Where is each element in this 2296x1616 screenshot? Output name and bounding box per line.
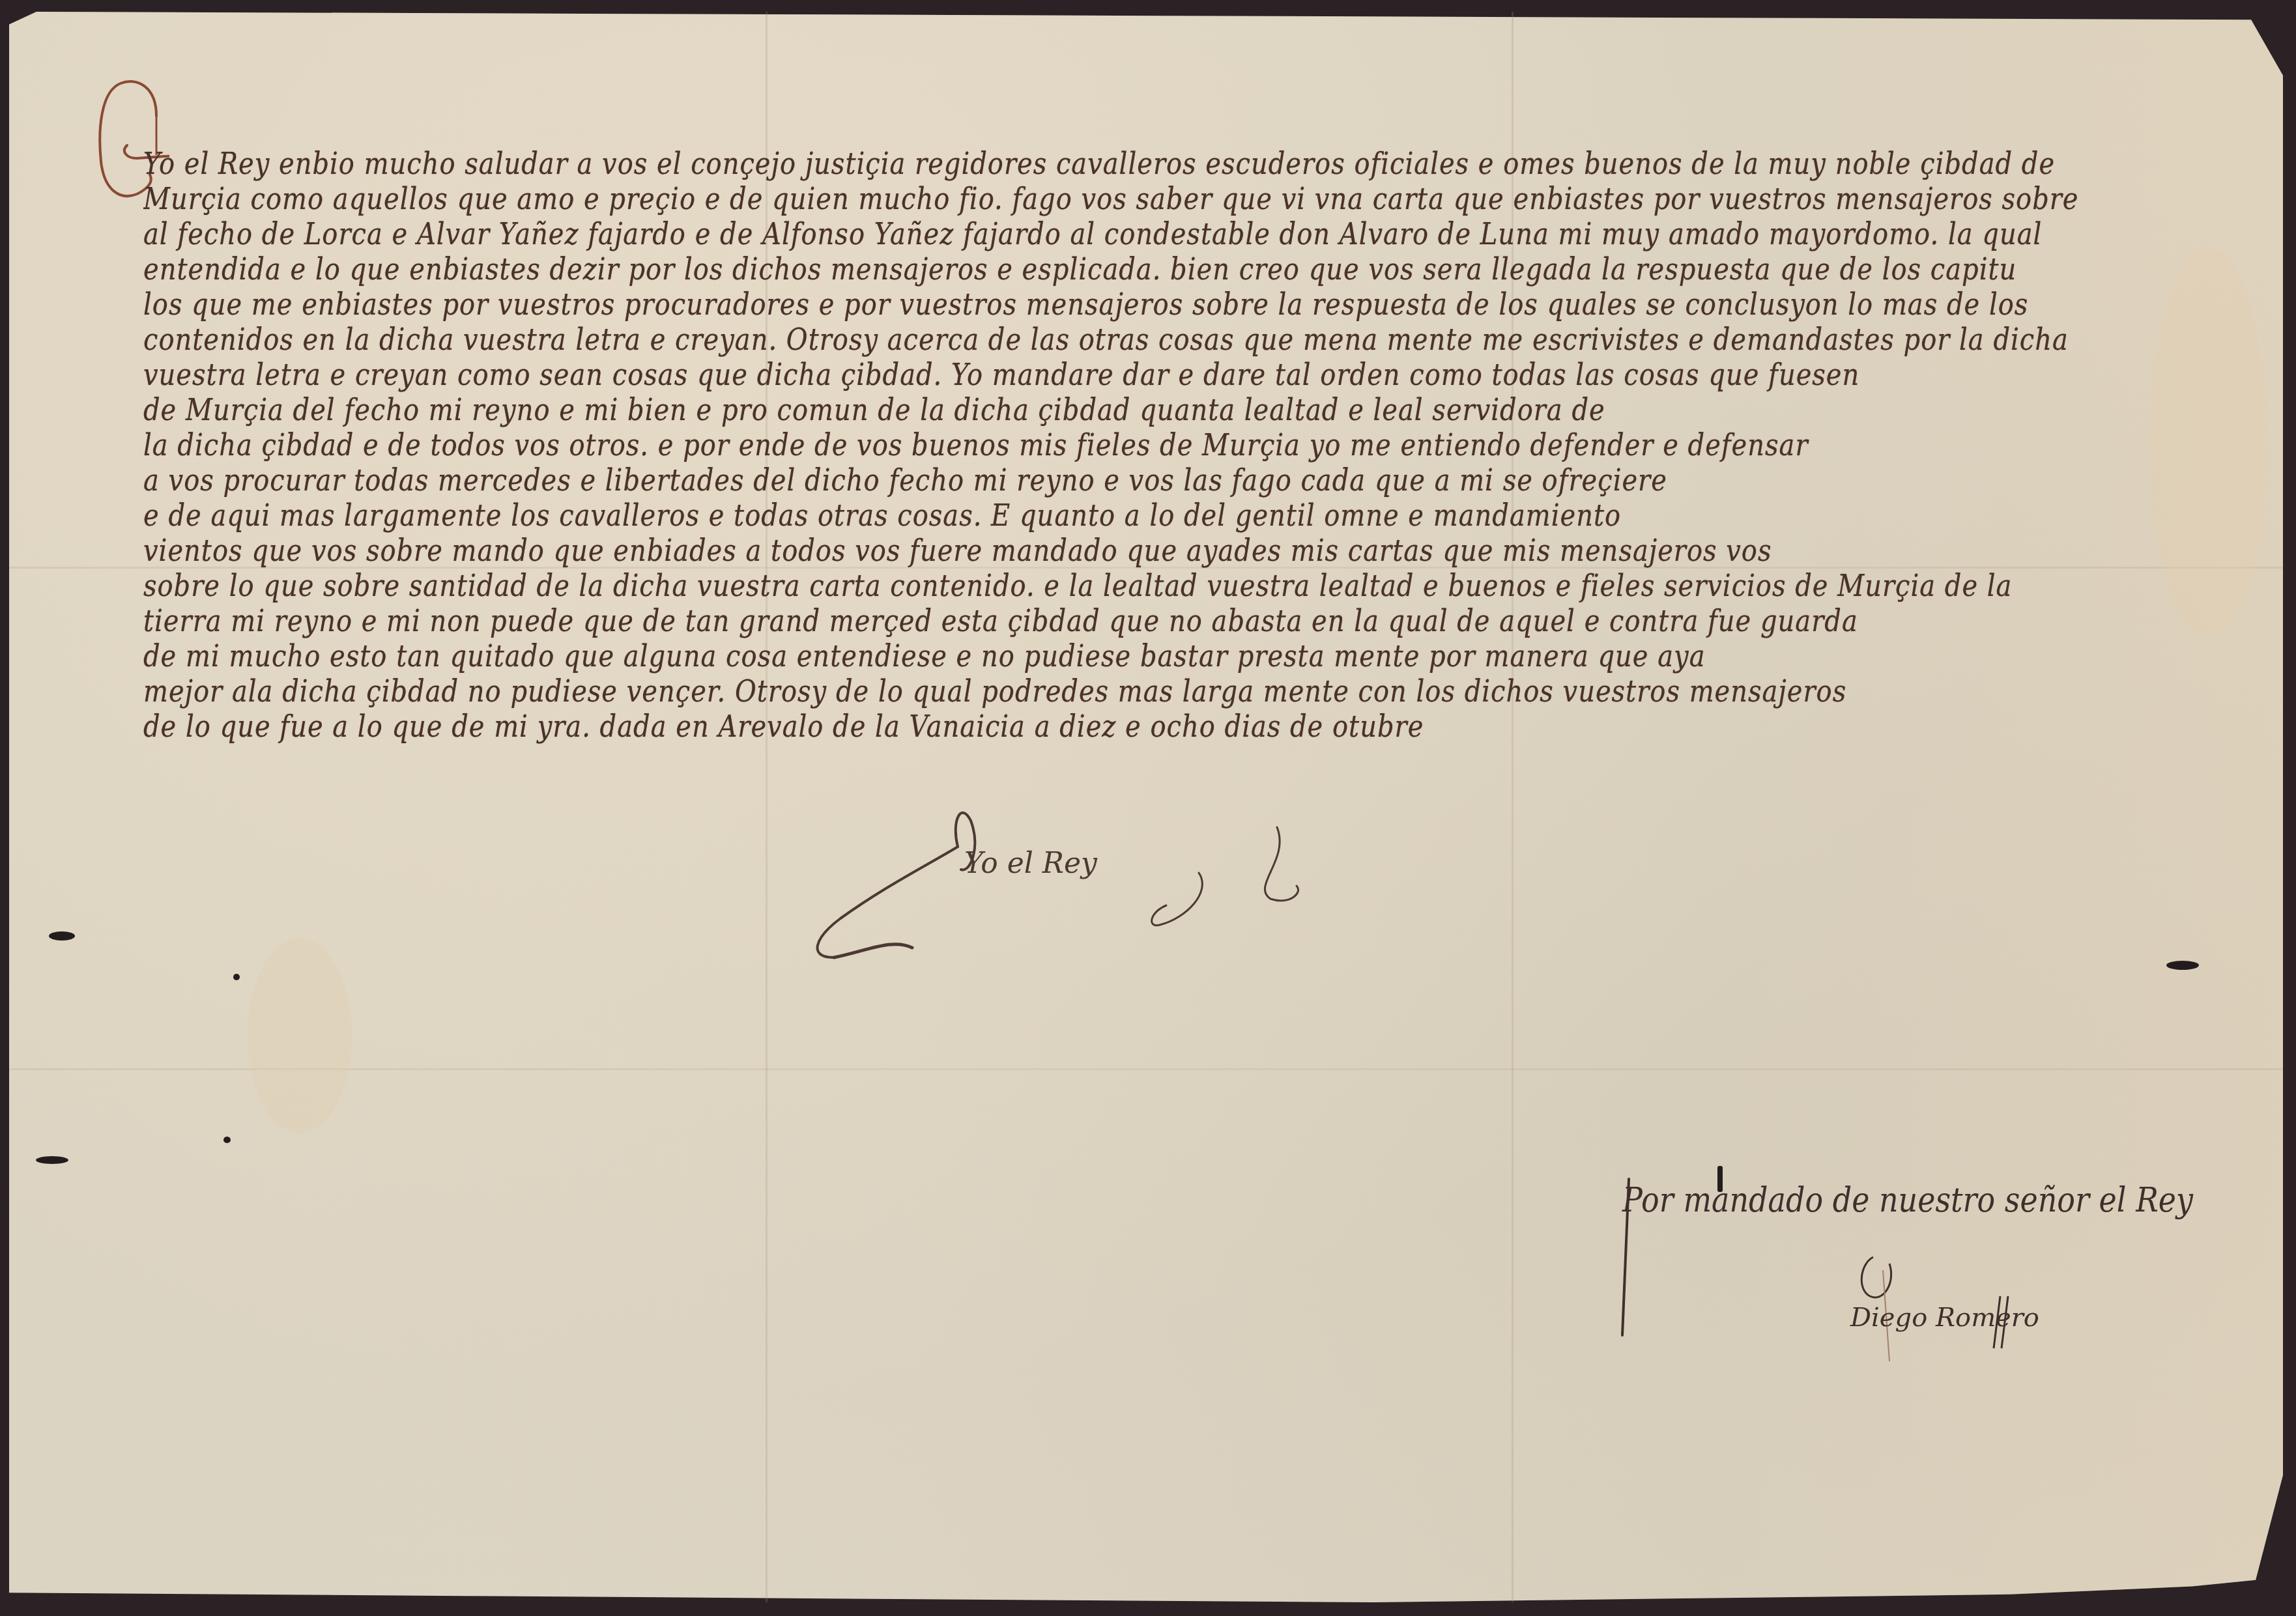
stain: [2150, 248, 2267, 638]
document-scan: E Yo el Rey enbio mucho saludar a vos el…: [0, 0, 2296, 1616]
text-line: sobre lo que sobre santidad de la dicha …: [143, 566, 2131, 606]
text-line: entendida e lo que enbiastes dezir por l…: [143, 249, 2131, 290]
ink-mark: [1717, 1166, 1723, 1192]
ink-blot: [233, 974, 240, 980]
text-line: Yo el Rey enbio mucho saludar a vos el c…: [143, 144, 2131, 184]
stain: [248, 938, 352, 1133]
secretary-rubric-icon: [1609, 1166, 2065, 1374]
text-line: a vos procurar todas mercedes e libertad…: [143, 461, 2131, 501]
ink-blot: [49, 931, 75, 941]
royal-signature: Yo el Rey: [964, 847, 1097, 880]
text-line: los que me enbiastes por vuestros procur…: [143, 285, 2131, 325]
text-line: e de aqui mas largamente los cavalleros …: [143, 496, 2131, 536]
text-line: vientos que vos sobre mando que enbiades…: [143, 531, 2131, 571]
text-line: al fecho de Lorca e Alvar Yañez fajardo …: [143, 214, 2131, 255]
secretary-signature: Diego Romero: [1850, 1303, 2039, 1333]
letter-body: Yo el Rey enbio mucho saludar a vos el c…: [143, 147, 2131, 744]
text-line: Murçia como aquellos que amo e preçio e …: [143, 179, 2131, 220]
text-line: contenidos en la dicha vuestra letra e c…: [143, 320, 2131, 360]
text-line: la dicha çibdad e de todos vos otros. e …: [143, 425, 2131, 466]
text-line: vuestra letra e creyan como sean cosas q…: [143, 355, 2131, 395]
fold-line-horizontal-lower: [9, 1068, 2283, 1070]
ink-blot: [36, 1156, 68, 1164]
ink-blot: [223, 1137, 231, 1143]
text-line: de lo que fue a lo que de mi yra. dada e…: [143, 707, 1707, 747]
royal-signature-flourish-icon: [795, 808, 1394, 964]
text-line: de mi mucho esto tan quitado que alguna …: [143, 636, 2131, 677]
text-line: de Murçia del fecho mi reyno e mi bien e…: [143, 390, 2131, 431]
text-line: tierra mi reyno e mi non puede que de ta…: [143, 601, 2131, 642]
text-line: mejor ala dicha çibdad no pudiese vençer…: [143, 672, 2131, 712]
ink-blot: [2166, 961, 2199, 970]
